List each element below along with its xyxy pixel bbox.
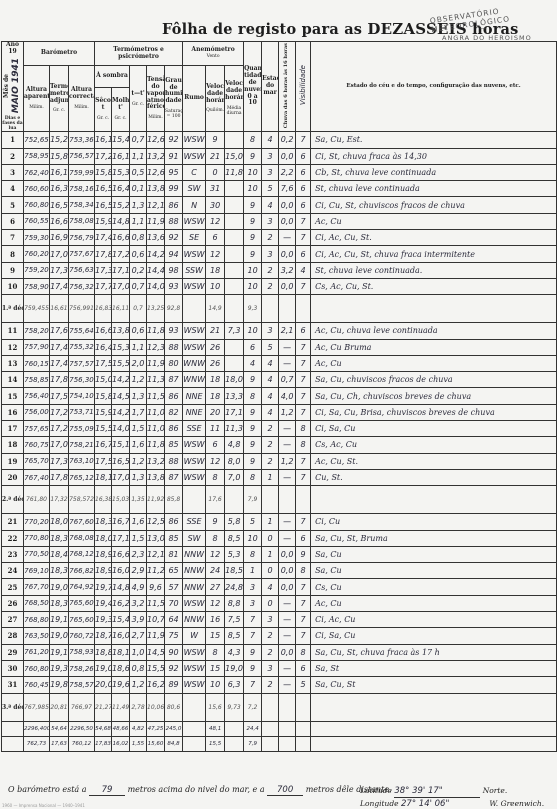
cell-term: 19,0 [50, 579, 69, 595]
cell-rumo: N [183, 197, 206, 213]
summary-tens: 13,25 [147, 295, 165, 323]
cell-alt: 756,40 [24, 388, 50, 404]
cell-seco: 19,3 [95, 612, 112, 628]
day-number: 13 [2, 355, 24, 371]
cell-mar: 2 [262, 628, 279, 644]
cell-alt: 757,90 [24, 339, 50, 355]
cell-tens: 11,3 [147, 372, 165, 388]
monthly-total-vis [296, 721, 311, 736]
sky-state-remark: Sa, Cu [311, 546, 557, 562]
cell-chuva: — [279, 677, 296, 693]
cell-nuv: 3 [244, 579, 262, 595]
day-row: 26768,5018,3765,6019,416,23,211,570WSW12… [2, 595, 557, 611]
day-number: 21 [2, 514, 24, 530]
cell-vel: 10 [206, 278, 225, 294]
sky-state-remark: Sa, Cu, Est. [311, 132, 557, 148]
cell-tens: 16,2 [147, 677, 165, 693]
cell-vel: 21 [206, 148, 225, 164]
sky-state-remark: Ac, Cu [311, 595, 557, 611]
cell-mar: 0 [262, 530, 279, 546]
cell-chuva: 0,0 [279, 644, 296, 660]
cell-chuva: 0,2 [279, 132, 296, 148]
wind-direction-header: Rumo [183, 66, 206, 132]
cell-seco: 18,1 [95, 469, 112, 485]
sky-state-remark: Sa, Cu, St, Bruma [311, 530, 557, 546]
sky-state-remark: Cs, Ac, Cu [311, 437, 557, 453]
cell-tens: 12,1 [147, 197, 165, 213]
cell-nuv: 9 [244, 230, 262, 246]
vapour-tension-header: Tensão do vapor atmos-féricoMilim. [147, 66, 165, 132]
summary-vis [296, 295, 311, 323]
summary-nuv: 9,3 [244, 295, 262, 323]
summary-term: 16,61 [50, 295, 69, 323]
cell-mar: 4 [262, 404, 279, 420]
cell-nuv: 4 [244, 355, 262, 371]
cell-alt: 756,00 [24, 404, 50, 420]
cell-term: 16,6 [50, 213, 69, 229]
cell-alt: 757,65 [24, 421, 50, 437]
cell-molh: 16,1 [112, 148, 130, 164]
cell-term: 17,8 [50, 469, 69, 485]
cell-chuva: — [279, 595, 296, 611]
cell-seco: 15,5 [95, 421, 112, 437]
cell-mar: 1 [262, 514, 279, 530]
cell-corr: 768,08 [69, 530, 95, 546]
monthly-total-rumo [183, 721, 206, 736]
cell-seco: 18,8 [95, 644, 112, 660]
day-number: 26 [2, 595, 24, 611]
day-number: 17 [2, 421, 24, 437]
day-row: 12757,9017,4755,3216,415,31,112,388WSW26… [2, 339, 557, 355]
days-label: Dias e fases da lua [2, 116, 23, 132]
summary-seco: 16,83 [95, 295, 112, 323]
cell-med: 7,3 [225, 323, 244, 339]
cell-corr: 757,57 [69, 355, 95, 371]
cell-vel: 8 [206, 530, 225, 546]
wind-speed-mean-header: Veloci-dade horáriaMédia diurna [225, 66, 244, 132]
barometer-distance: 700 [267, 785, 303, 796]
humidity-label: Grau de humi-dade [165, 77, 183, 105]
cell-tens: 11,8 [147, 323, 165, 339]
sky-state-remark: St, chuva leve continuada. [311, 262, 557, 278]
wind-speed-header: Veloci-dade horáriaQuilóm. [206, 66, 225, 132]
longitude-line: Longitude 27° 14' 06" W. Greenwich. [360, 798, 544, 809]
cell-chuva: 0,0 [279, 278, 296, 294]
day-row: 18760,7517,0758,2116,715,11,611,885WSW64… [2, 437, 557, 453]
cell-tens: 9,6 [147, 579, 165, 595]
cell-dif: 1,3 [130, 197, 147, 213]
cell-vel: 16 [206, 612, 225, 628]
summary-alt: 761,80 [24, 486, 50, 514]
sky-state-remark: Ac, Cu, St. [311, 453, 557, 469]
summary-med [225, 295, 244, 323]
cell-rumo: NNW [183, 546, 206, 562]
summary-mar [262, 693, 279, 721]
cell-alt: 760,80 [24, 660, 50, 676]
wet-bulb-label: Molhado t' [112, 97, 130, 111]
summary-molh: 11,49 [112, 693, 130, 721]
cell-seco: 15,0 [95, 372, 112, 388]
cell-vel: 9 [206, 514, 225, 530]
cell-molh: 15,1 [112, 437, 130, 453]
unit-mean: Média diurna [225, 106, 243, 116]
cell-molh: 14,2 [112, 404, 130, 420]
cell-nuv: 9 [244, 404, 262, 420]
cell-term: 19,0 [50, 628, 69, 644]
cell-dif: 2,7 [130, 628, 147, 644]
cell-seco: 16,6 [95, 323, 112, 339]
cell-vel: 20 [206, 404, 225, 420]
longitude-suffix: W. Greenwich. [489, 799, 544, 808]
cell-molh: 17,0 [112, 278, 130, 294]
summary-chuva [279, 295, 296, 323]
cell-term: 19,3 [50, 660, 69, 676]
cell-nuv: 7 [244, 612, 262, 628]
cell-dif: 1,2 [130, 677, 147, 693]
cell-vel: 12 [206, 453, 225, 469]
year-label: Ano 19 [2, 42, 23, 56]
cell-corr: 758,26 [69, 660, 95, 676]
year-month-header: Ano 19 Mês de MAIO 1941 Dias e fases da … [2, 42, 24, 132]
cell-chuva: 0,0 [279, 563, 296, 579]
cell-alt: 762,40 [24, 164, 50, 180]
cell-med [225, 132, 244, 148]
day-row: 5760,8016,5758,3416,515,21,312,186N30940… [2, 197, 557, 213]
cell-vel: 12 [206, 595, 225, 611]
cell-nuv: 7 [244, 628, 262, 644]
cell-tens: 13,0 [147, 530, 165, 546]
day-number: 29 [2, 644, 24, 660]
latitude-value: 38° 39' 17" [394, 785, 480, 798]
sky-state-remark: Ac, Cu, chuva leve continuada [311, 323, 557, 339]
humidity-header: Grau de humi-dadeSaturação = 100 [165, 66, 183, 132]
cell-chuva: — [279, 469, 296, 485]
cell-molh: 17,2 [112, 246, 130, 262]
cell-dif: 3,2 [130, 595, 147, 611]
cell-nuv: 9 [244, 213, 262, 229]
cell-molh: 14,8 [112, 579, 130, 595]
cell-alt: 760,15 [24, 355, 50, 371]
monthly-mean-hum: 84,8 [165, 736, 183, 751]
cell-chuva: — [279, 514, 296, 530]
cell-hum: 64 [165, 612, 183, 628]
cell-med: 17,1 [225, 404, 244, 420]
cell-tens: 11,9 [147, 213, 165, 229]
day-number: 12 [2, 339, 24, 355]
cell-dif: 1,3 [130, 469, 147, 485]
cell-dif: 2,9 [130, 563, 147, 579]
monthly-total-mar [262, 721, 279, 736]
cell-seco: 16,7 [95, 437, 112, 453]
cell-term: 17,4 [50, 355, 69, 371]
day-row: 2758,9515,8756,5717,216,11,113,291WSW211… [2, 148, 557, 164]
sea-label: Estado do mar [262, 75, 279, 96]
cell-med [225, 246, 244, 262]
cell-vel: 30 [206, 197, 225, 213]
cell-nuv: 10 [244, 278, 262, 294]
day-number: 7 [2, 230, 24, 246]
cell-mar: 4 [262, 355, 279, 371]
printer-mark: 1960 — Imprensa Nacional — 1940–1941 [2, 803, 85, 808]
unit-gr: Gr. c. [112, 116, 129, 121]
cell-dif: 0,8 [130, 660, 147, 676]
unit-mm: Milim. [24, 105, 49, 110]
day-row: 7759,3016,9756,7917,416,60,813,692SE692—… [2, 230, 557, 246]
cell-nuv: 6 [244, 339, 262, 355]
cell-mar: 1 [262, 469, 279, 485]
cell-tens: 14,5 [147, 644, 165, 660]
summary-vis [296, 693, 311, 721]
cell-dif: 1,2 [130, 372, 147, 388]
cell-vel: 18 [206, 388, 225, 404]
summary-vel: 17,6 [206, 486, 225, 514]
cell-nuv: 9 [244, 644, 262, 660]
cell-med: 8,5 [225, 530, 244, 546]
monthly-mean-dif: 1,55 [130, 736, 147, 751]
cell-vel: 18 [206, 372, 225, 388]
cell-vis: 7 [296, 579, 311, 595]
wind-label: Vento [183, 54, 243, 59]
cell-vel: 6 [206, 437, 225, 453]
cell-tens: 13,8 [147, 181, 165, 197]
cell-dif: 1,1 [130, 213, 147, 229]
cell-corr: 759,99 [69, 164, 95, 180]
cell-tens: 11,2 [147, 563, 165, 579]
cell-vis: 9 [296, 546, 311, 562]
cell-rumo: NNW [183, 612, 206, 628]
cell-chuva: 0,7 [279, 372, 296, 388]
cell-tens: 14,2 [147, 246, 165, 262]
day-number: 4 [2, 181, 24, 197]
cell-corr: 766,82 [69, 563, 95, 579]
cell-med [225, 262, 244, 278]
cell-tens: 11,5 [147, 388, 165, 404]
cell-vel: 27 [206, 579, 225, 595]
monthly-mean-vis [296, 736, 311, 751]
cell-chuva: 2,1 [279, 323, 296, 339]
cell-hum: 88 [165, 339, 183, 355]
cell-seco: 17,4 [95, 230, 112, 246]
monthly-mean-mar [262, 736, 279, 751]
cell-hum: 85 [165, 530, 183, 546]
cell-alt: 760,20 [24, 246, 50, 262]
cell-molh: 18,1 [112, 644, 130, 660]
monthly-total-row: 2296,40054,642296,5054,6848,664,8247,252… [2, 721, 557, 736]
cell-seco: 16,5 [95, 181, 112, 197]
difference-header: t—t'Gr. c. [130, 66, 147, 132]
cell-rumo: WSW [183, 148, 206, 164]
day-number: 10 [2, 278, 24, 294]
cell-term: 17,4 [50, 278, 69, 294]
cell-tens: 13,2 [147, 148, 165, 164]
cell-mar: 5 [262, 181, 279, 197]
summary-corr: 756,991 [69, 295, 95, 323]
day-row: 22770,8018,3768,0818,017,11,513,085SW88,… [2, 530, 557, 546]
cell-corr: 756,79 [69, 230, 95, 246]
cell-alt: 765,70 [24, 453, 50, 469]
cell-med: 4,3 [225, 644, 244, 660]
monthly-mean-med [225, 736, 244, 751]
latitude-line: Latitude 38° 39' 17" Norte. [360, 785, 544, 798]
cell-molh: 17,1 [112, 530, 130, 546]
cell-vel: 0 [206, 164, 225, 180]
cell-nuv: 10 [244, 181, 262, 197]
cell-seco: 18,3 [95, 514, 112, 530]
cell-rumo: WSW [183, 677, 206, 693]
cell-corr: 756,30 [69, 372, 95, 388]
cell-hum: 89 [165, 677, 183, 693]
cell-corr: 757,67 [69, 246, 95, 262]
cell-vis: 7 [296, 388, 311, 404]
visibility-label: Visibilidade [299, 65, 307, 105]
cell-chuva: 4,0 [279, 388, 296, 404]
cell-med: 13,3 [225, 388, 244, 404]
cell-vel: 6 [206, 230, 225, 246]
unit-gr: Gr. c. [95, 116, 111, 121]
cell-corr: 760,72 [69, 628, 95, 644]
cell-chuva: 0,0 [279, 246, 296, 262]
unit-mm: Milim. [147, 115, 164, 120]
cell-vel: 10 [206, 677, 225, 693]
cell-rumo: C [183, 164, 206, 180]
cell-nuv: 9 [244, 372, 262, 388]
cell-molh: 16,2 [112, 595, 130, 611]
sky-state-remark: Sa, Cu, St [311, 677, 557, 693]
cell-rumo: WSW [183, 453, 206, 469]
monthly-mean-rumo [183, 736, 206, 751]
summary-alt: 767,985 [24, 693, 50, 721]
cell-nuv: 9 [244, 421, 262, 437]
cell-term: 15,8 [50, 148, 69, 164]
cell-alt: 760,45 [24, 677, 50, 693]
cell-term: 16,3 [50, 181, 69, 197]
summary-vis [296, 486, 311, 514]
summary-remarks [311, 295, 557, 323]
cell-corr: 765,60 [69, 595, 95, 611]
cell-med: 11,3 [225, 421, 244, 437]
cell-dif: 0,1 [130, 181, 147, 197]
cell-term: 18,0 [50, 514, 69, 530]
monthly-total-term: 54,64 [50, 721, 69, 736]
cell-seco: 18,0 [95, 530, 112, 546]
cell-vel: 18 [206, 262, 225, 278]
barometer-altitude: 79 [89, 785, 125, 796]
cell-alt: 760,80 [24, 197, 50, 213]
decade-label: 2.ª década [2, 486, 24, 514]
unit-hum: Saturação = 100 [165, 109, 182, 119]
cell-vis: 7 [296, 453, 311, 469]
cell-med: 5,8 [225, 514, 244, 530]
cell-tens: 12,1 [147, 546, 165, 562]
cell-term: 19,1 [50, 612, 69, 628]
cell-hum: 91 [165, 148, 183, 164]
cell-mar: 3 [262, 213, 279, 229]
cell-hum: 95 [165, 164, 183, 180]
day-number: 31 [2, 677, 24, 693]
clouds-header: Quan-tidade de nuvens 0 a 10 [244, 42, 262, 132]
cell-seco: 19,7 [95, 579, 112, 595]
cell-term: 16,5 [50, 197, 69, 213]
cell-chuva: — [279, 339, 296, 355]
cell-hum: 70 [165, 595, 183, 611]
day-number: 22 [2, 530, 24, 546]
summary-chuva [279, 693, 296, 721]
cell-rumo: WNW [183, 355, 206, 371]
day-row: 23770,5018,4768,1218,916,62,312,181NNW12… [2, 546, 557, 562]
sky-state-remark: Ac, Cu [311, 355, 557, 371]
cell-corr: 755,09 [69, 421, 95, 437]
apparent-height-label: Altura aparente [24, 86, 50, 100]
cell-tens: 10,7 [147, 612, 165, 628]
cell-molh: 17,0 [112, 469, 130, 485]
cell-seco: 16,1 [95, 132, 112, 148]
cell-rumo: SW [183, 530, 206, 546]
cell-hum: 92 [165, 132, 183, 148]
cell-chuva: — [279, 660, 296, 676]
summary-seco: 21,27 [95, 693, 112, 721]
latitude-suffix: Norte. [483, 786, 508, 795]
cell-vis: 8 [296, 563, 311, 579]
cell-seco: 17,7 [95, 278, 112, 294]
cell-alt: 759,30 [24, 230, 50, 246]
cell-term: 17,2 [50, 421, 69, 437]
cell-alt: 767,70 [24, 579, 50, 595]
cell-corr: 764,92 [69, 579, 95, 595]
cell-med: 4,8 [225, 437, 244, 453]
cell-molh: 16,6 [112, 546, 130, 562]
cell-corr: 753,36 [69, 132, 95, 148]
sky-state-remark: St, chuva leve continuada [311, 181, 557, 197]
cell-nuv: 10 [244, 164, 262, 180]
cell-nuv: 9 [244, 453, 262, 469]
cell-mar: 2 [262, 453, 279, 469]
cell-nuv: 9 [244, 437, 262, 453]
coordinates: Latitude 38° 39' 17" Norte. Longitude 27… [360, 785, 544, 809]
attached-thermometer-header: Termó-metro adjuntoGr. c. [50, 66, 69, 132]
cell-vel: 11 [206, 421, 225, 437]
monthly-total-chuva [279, 721, 296, 736]
day-row: 8760,2017,0757,6717,817,20,614,294WSW129… [2, 246, 557, 262]
monthly-mean-row: 762,7317,63760,1217,8316,021,5515,6084,8… [2, 736, 557, 751]
cell-corr: 756,63 [69, 262, 95, 278]
cell-chuva: 0,0 [279, 213, 296, 229]
day-number: 25 [2, 579, 24, 595]
cell-alt: 760,75 [24, 437, 50, 453]
cell-nuv: 8 [244, 546, 262, 562]
monthly-label [2, 721, 24, 736]
day-number: 28 [2, 628, 24, 644]
cell-seco: 17,8 [95, 246, 112, 262]
cell-corr: 765,12 [69, 469, 95, 485]
cell-term: 17,8 [50, 372, 69, 388]
cell-molh: 16,0 [112, 628, 130, 644]
cell-nuv: 10 [244, 323, 262, 339]
cell-chuva: 2,2 [279, 164, 296, 180]
cell-med: 8,8 [225, 595, 244, 611]
monthly-mean-corr: 760,12 [69, 736, 95, 751]
day-number: 1 [2, 132, 24, 148]
cell-hum: 93 [165, 323, 183, 339]
cell-med: 11,8 [225, 164, 244, 180]
cell-vel: 31 [206, 181, 225, 197]
thermometer-group-header: Termómetros e psicrómetro [95, 42, 183, 66]
cell-vis: 6 [296, 197, 311, 213]
cell-alt: 770,80 [24, 530, 50, 546]
cell-hum: 80 [165, 355, 183, 371]
cell-molh: 16,4 [112, 181, 130, 197]
summary-nuv: 7,2 [244, 693, 262, 721]
sky-state-remark: Ac, Cu Bruma [311, 339, 557, 355]
